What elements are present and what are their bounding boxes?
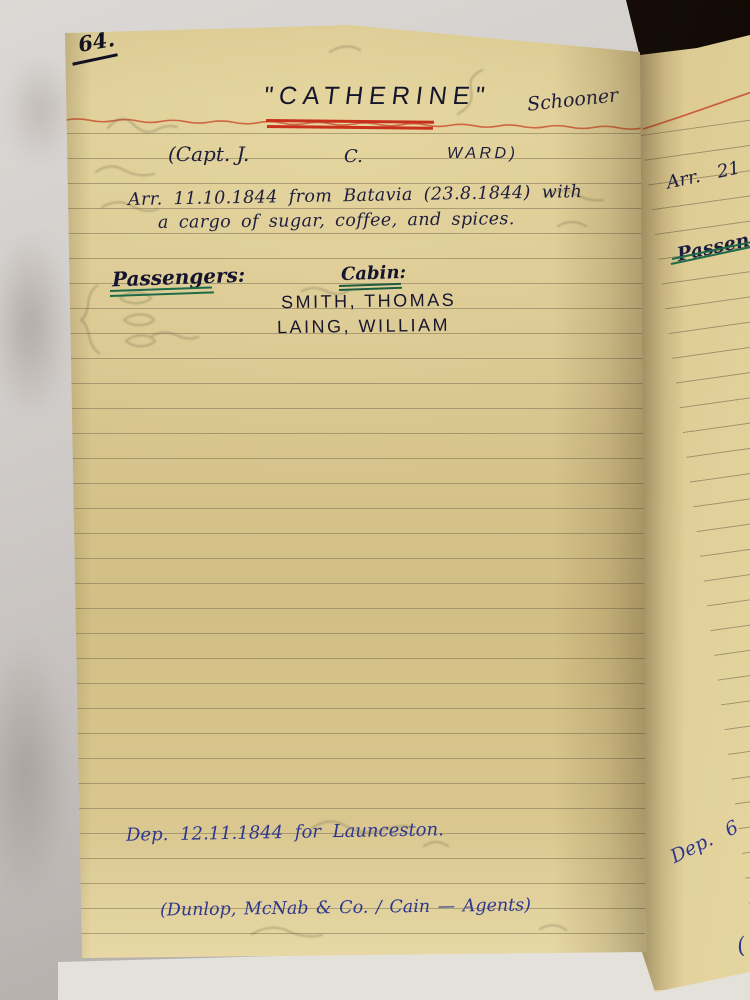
title-underline [267,125,433,129]
captain-line-open: (Capt. J. [168,142,249,166]
wall-stain [5,55,75,165]
title-underline [266,119,434,123]
notebook-photo: Arr. 21 Passengers: Dep. 6 ( [0,0,750,1000]
arrival-note-line2: a cargo of sugar, coffee, and spices. [158,209,515,233]
captain-initial: C. [344,146,363,167]
cabin-heading: Cabin: [341,262,407,285]
page-edge-shade [65,33,91,958]
captain-surname: WARD) [447,145,518,163]
left-page: 64. "CATHERINE" Schooner (Capt. J. C. WA… [0,0,750,1000]
ship-title: "CATHERINE" [262,82,492,111]
wall-stain [0,230,70,420]
right-agents-partial: ( [734,933,748,959]
gutter-shade-left [555,35,647,960]
passenger-name: LAING, WILLIAM [277,315,450,338]
wall-stain [0,640,70,900]
passenger-name: SMITH, THOMAS [281,290,456,313]
